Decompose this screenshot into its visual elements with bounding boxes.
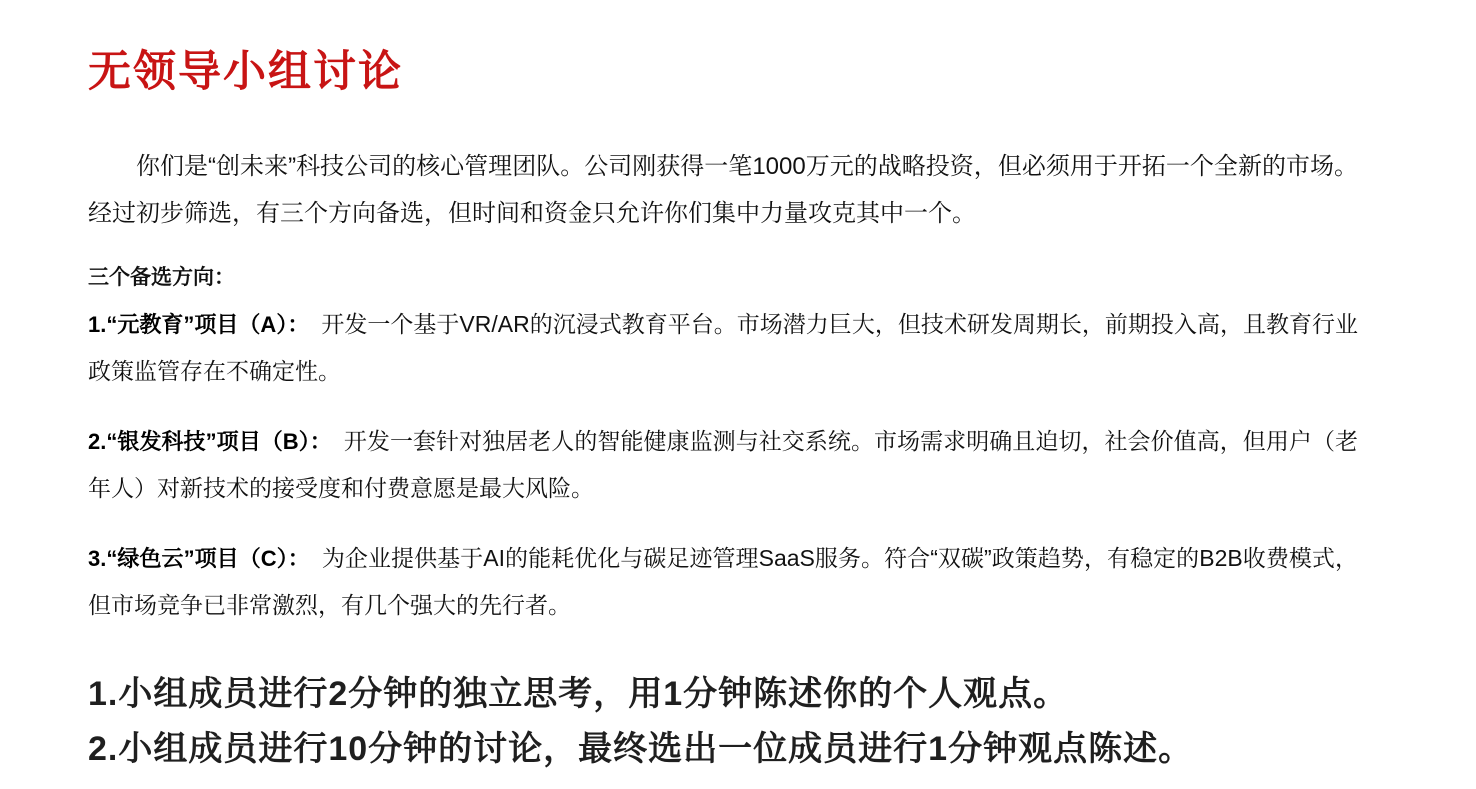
- slide: 无领导小组讨论 你们是“创未来”科技公司的核心管理团队。公司刚获得一笔1000万…: [0, 0, 1476, 789]
- intro-paragraph: 你们是“创未来”科技公司的核心管理团队。公司刚获得一笔1000万元的战略投资，但…: [88, 143, 1358, 237]
- option-a-lead: 1.“元教育”项目（A）：: [88, 312, 309, 337]
- option-b: 2.“银发科技”项目（B）：开发一套针对独居老人的智能健康监测与社交系统。市场需…: [88, 418, 1358, 512]
- option-b-lead: 2.“银发科技”项目（B）：: [88, 429, 332, 454]
- option-a: 1.“元教育”项目（A）：开发一个基于VR/AR的沉浸式教育平台。市场潜力巨大，…: [88, 301, 1358, 395]
- option-c: 3.“绿色云”项目（C）：为企业提供基于AI的能耗优化与碳足迹管理SaaS服务。…: [88, 535, 1358, 629]
- instruction-1: 1.小组成员进行2分钟的独立思考，用1分钟陈述你的个人观点。: [88, 667, 1358, 722]
- options-heading: 三个备选方向：: [88, 261, 1358, 291]
- page-title: 无领导小组讨论: [88, 48, 1358, 97]
- option-c-lead: 3.“绿色云”项目（C）：: [88, 546, 310, 571]
- instructions-block: 1.小组成员进行2分钟的独立思考，用1分钟陈述你的个人观点。 2.小组成员进行1…: [88, 667, 1358, 777]
- instruction-2: 2.小组成员进行10分钟的讨论，最终选出一位成员进行1分钟观点陈述。: [88, 722, 1358, 777]
